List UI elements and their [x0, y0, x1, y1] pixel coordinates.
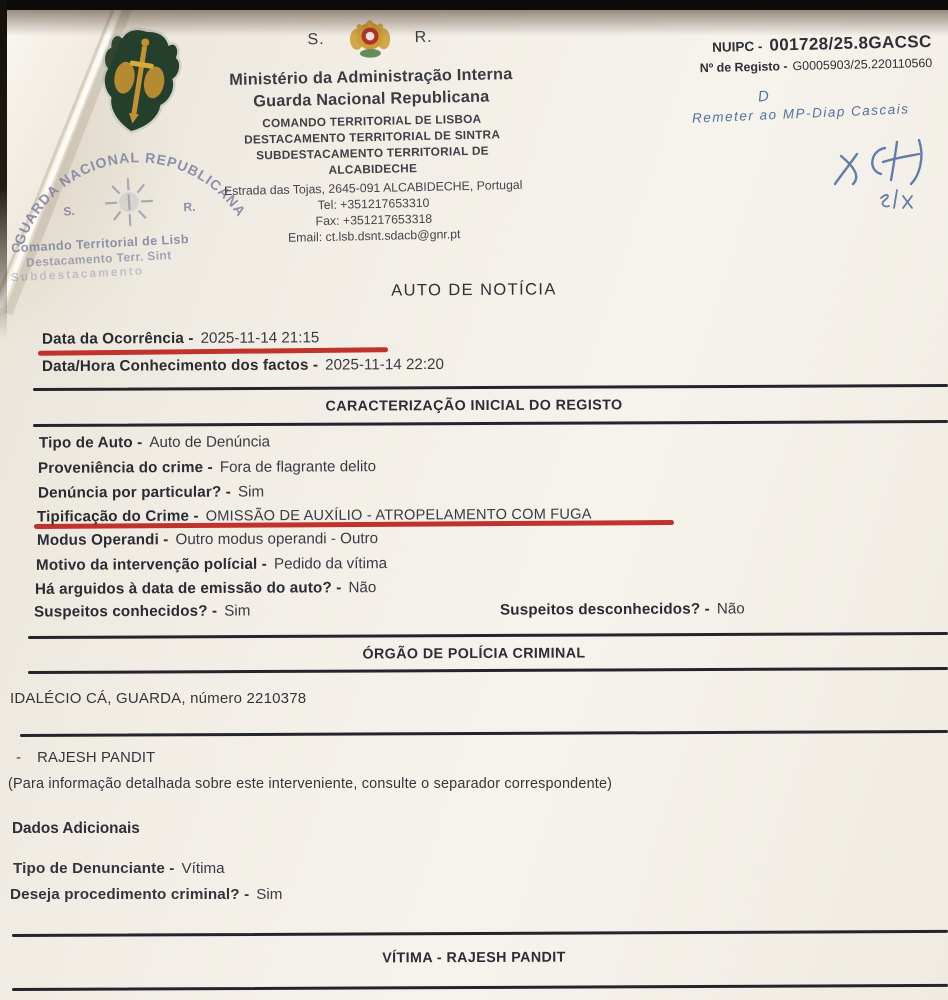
field-label: Suspeitos desconhecidos? -: [500, 601, 710, 619]
section-rule: [28, 667, 948, 674]
knowledge-date-row: Data/Hora Conhecimento dos factos -2025-…: [42, 356, 444, 375]
registo-label: Nº de Registo -: [700, 59, 788, 75]
field-label: Suspeitos conhecidos? -: [34, 603, 217, 621]
field-row: Denúncia por particular? -Sim: [38, 483, 264, 501]
section-header-orgao: ÓRGÃO DE POLÍCIA CRIMINAL: [0, 644, 948, 664]
field-row-suspects-unknown: Suspeitos desconhecidos? -Não: [500, 600, 745, 618]
photo-top-edge: [0, 0, 948, 10]
registo-value: G0005903/25.220110560: [792, 56, 932, 73]
field-label: Modus Operandi -: [37, 531, 169, 549]
letterhead: S. R. Ministério da Administração Intern…: [186, 12, 559, 248]
field-value: Não: [717, 600, 745, 617]
occurrence-date-label: Data da Ocorrência -: [42, 330, 194, 348]
field-row: Deseja procedimento criminal? -Sim: [10, 886, 282, 903]
force-name: Guarda Nacional Republicana: [187, 86, 555, 113]
registry-block: NUIPC -001728/25.8GACSC Nº de Registo -G…: [572, 32, 933, 80]
section-rule: [33, 384, 948, 391]
intervener-name: RAJESH PANDIT: [37, 750, 155, 766]
additional-data-heading: Dados Adicionais: [12, 820, 140, 838]
field-value: Auto de Denúncia: [149, 433, 270, 451]
field-value: Fora de flagrante delito: [220, 458, 376, 476]
section-rule: [12, 984, 948, 991]
field-value: Sim: [256, 886, 282, 903]
field-row-suspects-known: Suspeitos conhecidos? -Sim: [34, 602, 250, 620]
field-row: Motivo da intervenção polícial -Pedido d…: [36, 555, 387, 574]
field-value: Sim: [238, 483, 264, 500]
field-row: Tipo de Auto -Auto de Denúncia: [39, 433, 270, 451]
field-label: Denúncia por particular? -: [38, 484, 231, 502]
knowledge-date-label: Data/Hora Conhecimento dos factos -: [42, 357, 318, 375]
stamp-s: S.: [63, 204, 75, 219]
field-value: Outro modus operandi - Outro: [175, 530, 378, 548]
field-row: Modus Operandi -Outro modus operandi - O…: [37, 530, 378, 549]
photo-top-shadow: [0, 10, 948, 36]
signature-scribble: [815, 118, 948, 218]
field-row: Tipo de Denunciante -Vítima: [13, 860, 225, 877]
intervener-note: (Para informação detalhada sobre este in…: [8, 776, 612, 792]
field-value: Pedido da vítima: [274, 555, 387, 573]
scanned-document-photo: GUARDA NACIONAL REPUBLICANA S. R. Comand…: [0, 0, 948, 1000]
handwritten-letter: D: [757, 88, 769, 106]
field-label: Deseja procedimento criminal? -: [10, 886, 249, 903]
field-row-crime-type: Tipificação do Crime -OMISSÃO DE AUXÍLIO…: [37, 506, 592, 526]
section-rule: [12, 930, 948, 937]
field-label: Proveniência do crime -: [38, 459, 213, 477]
stamp-crest: [104, 177, 154, 227]
field-value: Vítima: [182, 860, 225, 877]
intervener-row: -RAJESH PANDIT: [16, 750, 155, 766]
knowledge-date-value: 2025-11-14 22:20: [325, 356, 444, 374]
field-label: Tipificação do Crime -: [37, 508, 199, 526]
section-rule: [33, 420, 948, 427]
nuipc-label: NUIPC -: [712, 39, 763, 55]
field-value: OMISSÃO DE AUXÍLIO - ATROPELAMENTO COM F…: [206, 507, 592, 525]
field-label: Motivo da intervenção polícial -: [36, 556, 267, 574]
section-rule: [20, 730, 948, 737]
section-header-vitima: VÍTIMA - RAJESH PANDIT: [0, 948, 948, 968]
field-label: Tipo de Auto -: [39, 434, 142, 452]
field-label: Há arguidos à data de emissão do auto? -: [35, 579, 342, 598]
photo-left-edge: [0, 0, 7, 340]
field-value: Não: [348, 579, 376, 596]
field-label: Tipo de Denunciante -: [13, 860, 175, 877]
field-row: Proveniência do crime -Fora de flagrante…: [38, 458, 376, 477]
field-row: Há arguidos à data de emissão do auto? -…: [35, 579, 376, 598]
occurrence-date-value: 2025-11-14 21:15: [201, 329, 320, 347]
field-value: Sim: [224, 602, 250, 619]
section-header-caracterizacao: CARACTERIZAÇÃO INICIAL DO REGISTO: [0, 396, 948, 416]
occurrence-date-row: Data da Ocorrência -2025-11-14 21:15: [42, 329, 319, 347]
intervener-dash: -: [16, 750, 21, 766]
officer-line: IDALÉCIO CÁ, GUARDA, número 2210378: [10, 690, 306, 707]
section-rule: [28, 632, 948, 639]
